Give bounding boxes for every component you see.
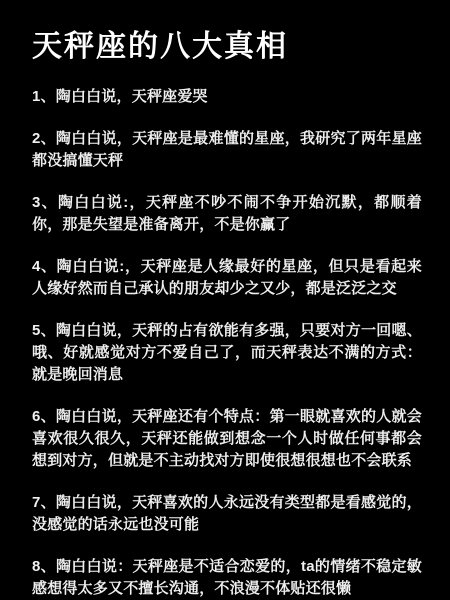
list-item: 6、陶白白说，天秤座还有个特点：第一眼就喜欢的人就会喜欢很久很久，天秤还能做到想… (32, 406, 422, 472)
list-item: 8、陶白白说：天秤座是不适合恋爱的，ta的情绪不稳定敏感想得太多又不擅长沟通，不… (32, 556, 422, 600)
list-item: 7、陶白白说，天秤喜欢的人永远没有类型都是看感觉的，没感觉的话永远也没可能 (32, 492, 422, 536)
list-item: 2、陶白白说，天秤座是最难懂的星座，我研究了两年星座都没搞懂天秤 (32, 128, 422, 172)
list-item: 5、陶白白说，天秤的占有欲能有多强，只要对方一回嗯、哦、好就感觉对方不爱自己了，… (32, 320, 422, 386)
zodiac-text-poster: 天秤座的八大真相 1、陶白白说，天秤座爱哭 2、陶白白说，天秤座是最难懂的星座，… (0, 0, 450, 600)
list-item: 4、陶白白说:，天秤座是人缘最好的星座，但只是看起来人缘好然而自己承认的朋友却少… (32, 256, 422, 300)
page-title: 天秤座的八大真相 (32, 28, 422, 66)
truth-list: 1、陶白白说，天秤座爱哭 2、陶白白说，天秤座是最难懂的星座，我研究了两年星座都… (32, 86, 422, 600)
list-item: 1、陶白白说，天秤座爱哭 (32, 86, 422, 108)
list-item: 3、陶白白说:，天秤座不吵不闹不争开始沉默，都顺着你，那是失望是准备离开，不是你… (32, 192, 422, 236)
